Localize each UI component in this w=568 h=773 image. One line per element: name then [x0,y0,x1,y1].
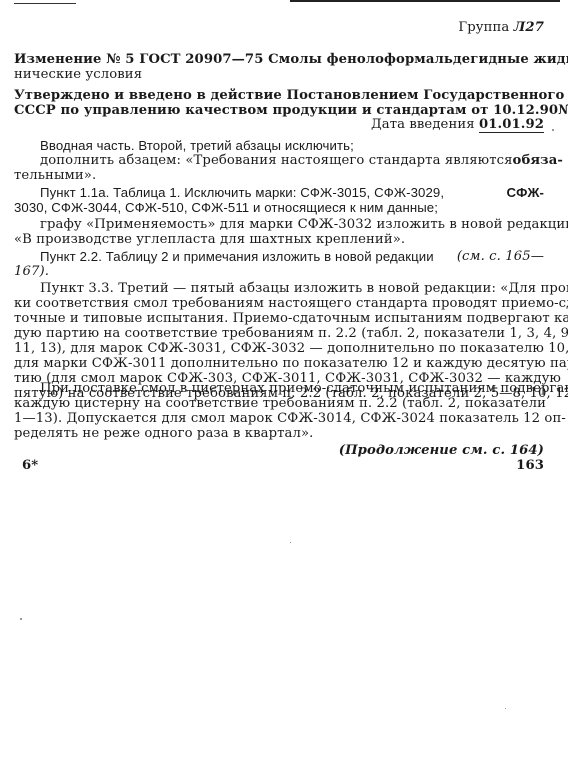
print-speck [552,129,554,131]
print-speck [505,708,506,709]
paragraph-tank-delivery-line: 1—13). Допускается для смол марок СФЖ-30… [14,411,544,426]
paragraph-intro: Вводная часть. Второй, третий абзацы иск… [40,138,354,153]
paragraph-tank-delivery-line: ределять не реже одного раза в квартал». [14,426,313,441]
paragraph-clause-1-1a-line-1: Пункт 1.1а. Таблица 1. Исключить марки: … [40,185,544,200]
paragraph-clause-3-3-line: для марки СФЖ-3011 дополнительно по пока… [14,356,544,371]
group-header: Группа Л27 [300,20,544,35]
paragraph-clause-3-3-line: дую партию на соответствие требованиям п… [14,326,544,341]
paragraph-addition-line-2: тельными». [14,168,96,183]
paragraph-clause-3-3-line: точные и типовые испытания. Приемо-сдато… [14,311,544,326]
paragraph-applicability-line-2: «В производстве углепласта для шахтных к… [14,232,405,247]
effective-date-row: Дата введения 01.01.92 [300,117,544,132]
page-reference: (см. с. 165— [457,249,544,264]
group-label: Группа [458,20,509,35]
top-right-rule [290,0,560,2]
print-speck [20,618,22,620]
print-speck [290,542,291,543]
title-line-2: нические условия [14,67,142,82]
title-line-1: Изменение № 5 ГОСТ 20907—75 Смолы феноло… [14,52,544,67]
document-page: Группа Л27 Изменение № 5 ГОСТ 20907—75 С… [0,0,568,773]
top-left-rule [14,3,76,4]
approval-text: СССР по управлению качеством продукции и… [14,103,558,118]
signature-mark: 6* [22,458,38,473]
decree-number: № 3082 [558,103,568,118]
group-code: Л27 [514,20,544,35]
approval-line-2: СССР по управлению качеством продукции и… [14,103,544,118]
paragraph-clause-2-2-line-2: 167). [14,264,49,279]
approval-line-1: Утверждено и введено в действие Постанов… [14,88,544,103]
paragraph-clause-3-3-line: 11, 13), для марок СФЖ-3031, СФЖ-3032 — … [14,341,544,356]
paragraph-tank-delivery-line: каждую цистерну на соответствие требован… [14,396,544,411]
paragraph-clause-1-1a-line-2: 3030, СФЖ-3044, СФЖ-510, СФЖ-511 и относ… [14,200,438,215]
continuation-note: (Продолжение см. с. 164) [300,443,544,458]
effective-date-value: 01.01.92 [479,117,544,133]
paragraph-tank-delivery-line: При поставке смол в цистернах приемо-сда… [40,381,544,396]
paragraph-applicability-line-1: графу «Применяемость» для марки СФЖ-3032… [40,217,544,232]
paragraph-clause-3-3-line: ки соответствия смол требованиям настоящ… [14,296,544,311]
paragraph-clause-2-2-line-1: Пункт 2.2. Таблицу 2 и примечания изложи… [40,249,544,264]
paragraph-addition-line-1: дополнить абзацем: «Требования настоящег… [40,153,544,168]
paragraph-clause-3-3-line: Пункт 3.3. Третий — пятый абзацы изложит… [40,281,544,296]
effective-date-label: Дата введения [371,117,475,132]
page-number: 163 [444,458,544,473]
